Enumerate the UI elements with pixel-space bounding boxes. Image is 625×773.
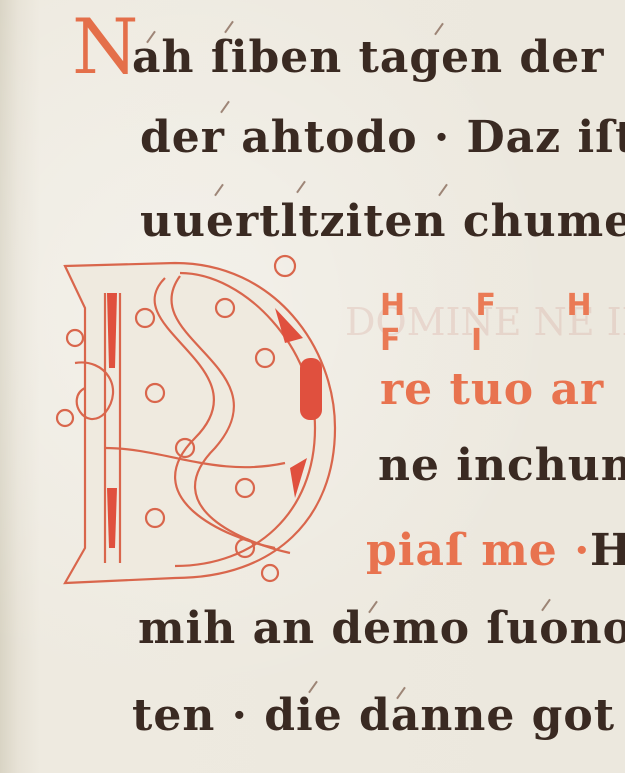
text-line-2: der ahtodo · Daz iſt xyxy=(140,112,625,163)
illuminated-initial-d xyxy=(45,248,345,593)
accent-mark xyxy=(214,184,224,197)
text-line-3: uuertltziten chumet xyxy=(140,196,625,247)
rubric-line-1: re tuo ar xyxy=(380,364,604,415)
accent-mark xyxy=(438,184,448,197)
neume-notation: H F H F I xyxy=(380,288,625,358)
text-line-1: ah ſiben tagen der xyxy=(132,32,604,83)
accent-mark xyxy=(296,181,306,194)
manuscript-page: DOMINE NE IN FURORE N ah ſiben tagen der… xyxy=(0,0,625,773)
text-line-4: ne inchun xyxy=(378,440,625,491)
rubric-line-2: piaſ me · xyxy=(366,525,590,576)
initial-letter-n: N xyxy=(72,2,139,91)
text-line-5: mih an demo ſuono xyxy=(138,603,625,654)
text-line-6: ten · die danne got xyxy=(132,690,615,741)
text-initial-h: H xyxy=(590,525,625,576)
